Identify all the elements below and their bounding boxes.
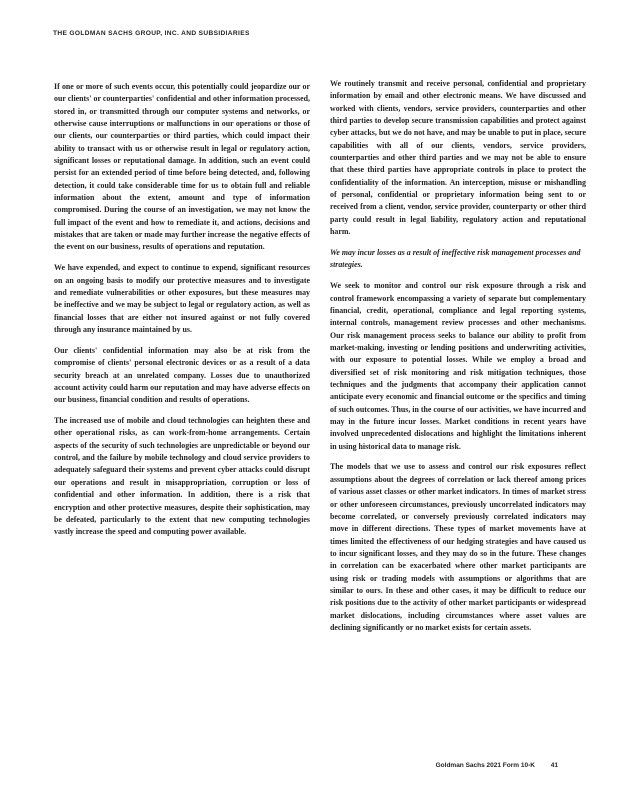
- body-paragraph: Our clients' confidential information ma…: [54, 345, 310, 407]
- body-paragraph: The increased use of mobile and cloud te…: [54, 415, 310, 538]
- page-footer: Goldman Sachs 2021 Form 10-K 41: [436, 762, 558, 769]
- page-number: 41: [551, 762, 558, 769]
- running-header: THE GOLDMAN SACHS GROUP, INC. AND SUBSID…: [53, 30, 250, 37]
- body-paragraph: If one or more of such events occur, thi…: [54, 81, 310, 254]
- risk-factor-subheading: We may incur losses as a result of ineff…: [330, 247, 586, 272]
- left-column: If one or more of such events occur, thi…: [54, 81, 310, 547]
- body-paragraph: The models that we use to assess and con…: [330, 461, 586, 634]
- body-paragraph: We have expended, and expect to continue…: [54, 262, 310, 336]
- right-column: We routinely transmit and receive person…: [330, 78, 586, 643]
- body-paragraph: We seek to monitor and control our risk …: [330, 280, 586, 453]
- body-paragraph: We routinely transmit and receive person…: [330, 78, 586, 238]
- footer-document-label: Goldman Sachs 2021 Form 10-K: [436, 762, 535, 769]
